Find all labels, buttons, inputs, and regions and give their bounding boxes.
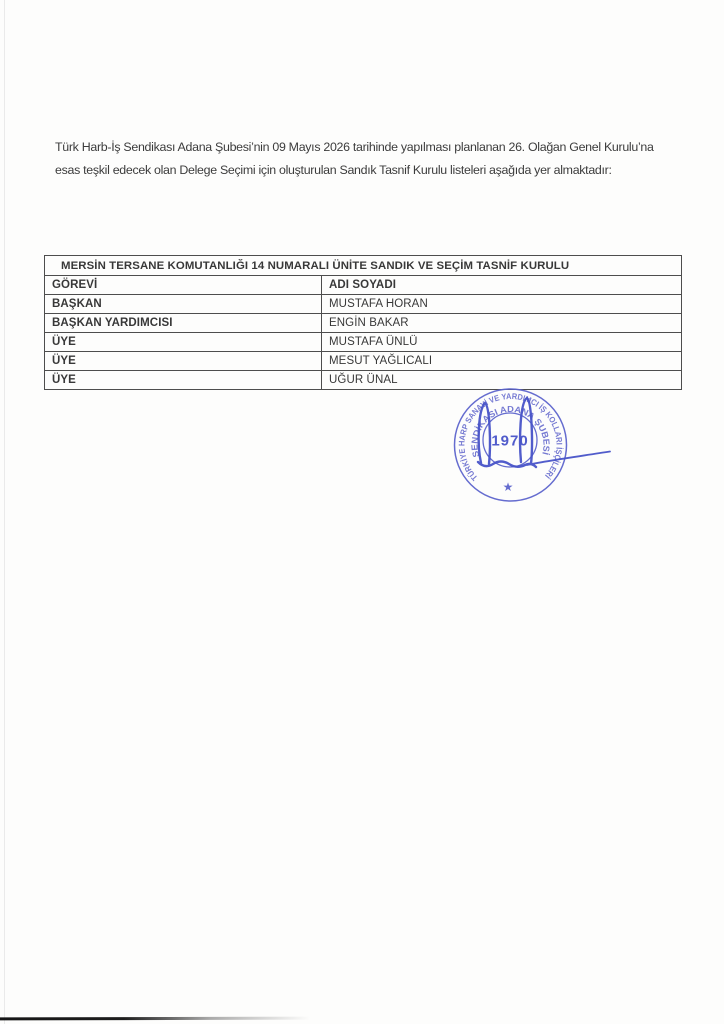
table-row: ÜYE MUSTAFA ÜNLÜ	[45, 333, 682, 352]
role-cell: ÜYE	[45, 371, 322, 390]
table-row: BAŞKAN YARDIMCISI ENGİN BAKAR	[45, 314, 682, 333]
role-cell: ÜYE	[45, 352, 322, 371]
name-cell: MESUT YAĞLICALI	[322, 352, 682, 371]
table-row: BAŞKAN MUSTAFA HORAN	[45, 295, 682, 314]
table-header-row: GÖREVİ ADI SOYADI	[45, 276, 682, 295]
name-cell: ENGİN BAKAR	[322, 314, 682, 333]
union-stamp: TÜRKİYE HARP SANAYİ VE YARDIMCI İŞ KOLLA…	[430, 370, 640, 520]
role-cell: BAŞKAN YARDIMCISI	[45, 314, 322, 333]
signature-stroke	[527, 452, 610, 466]
table-title-row: MERSİN TERSANE KOMUTANLIĞI 14 NUMARALI Ü…	[45, 256, 682, 276]
intro-paragraph: Türk Harb-İş Sendikası Adana Şubesi’nin …	[55, 136, 680, 181]
intro-line-1: Türk Harb-İş Sendikası Adana Şubesi’nin …	[55, 136, 680, 158]
column-header-role: GÖREVİ	[45, 276, 322, 295]
column-header-name: ADI SOYADI	[322, 276, 682, 295]
intro-line-2: esas teşkil edecek olan Delege Seçimi iç…	[55, 159, 680, 181]
role-cell: BAŞKAN	[45, 295, 322, 314]
table-row: ÜYE MESUT YAĞLICALI	[45, 352, 682, 371]
scan-bottom-artifact	[0, 1017, 310, 1021]
scan-edge-artifact	[4, 0, 5, 1024]
role-cell: ÜYE	[45, 333, 322, 352]
scanned-document-page: Türk Harb-İş Sendikası Adana Şubesi’nin …	[0, 0, 724, 1024]
stamp-star-icon: ★	[503, 480, 514, 494]
name-cell: MUSTAFA ÜNLÜ	[322, 333, 682, 352]
name-cell: MUSTAFA HORAN	[322, 295, 682, 314]
table-title: MERSİN TERSANE KOMUTANLIĞI 14 NUMARALI Ü…	[45, 256, 682, 276]
stamp-year: 1970	[491, 433, 528, 450]
